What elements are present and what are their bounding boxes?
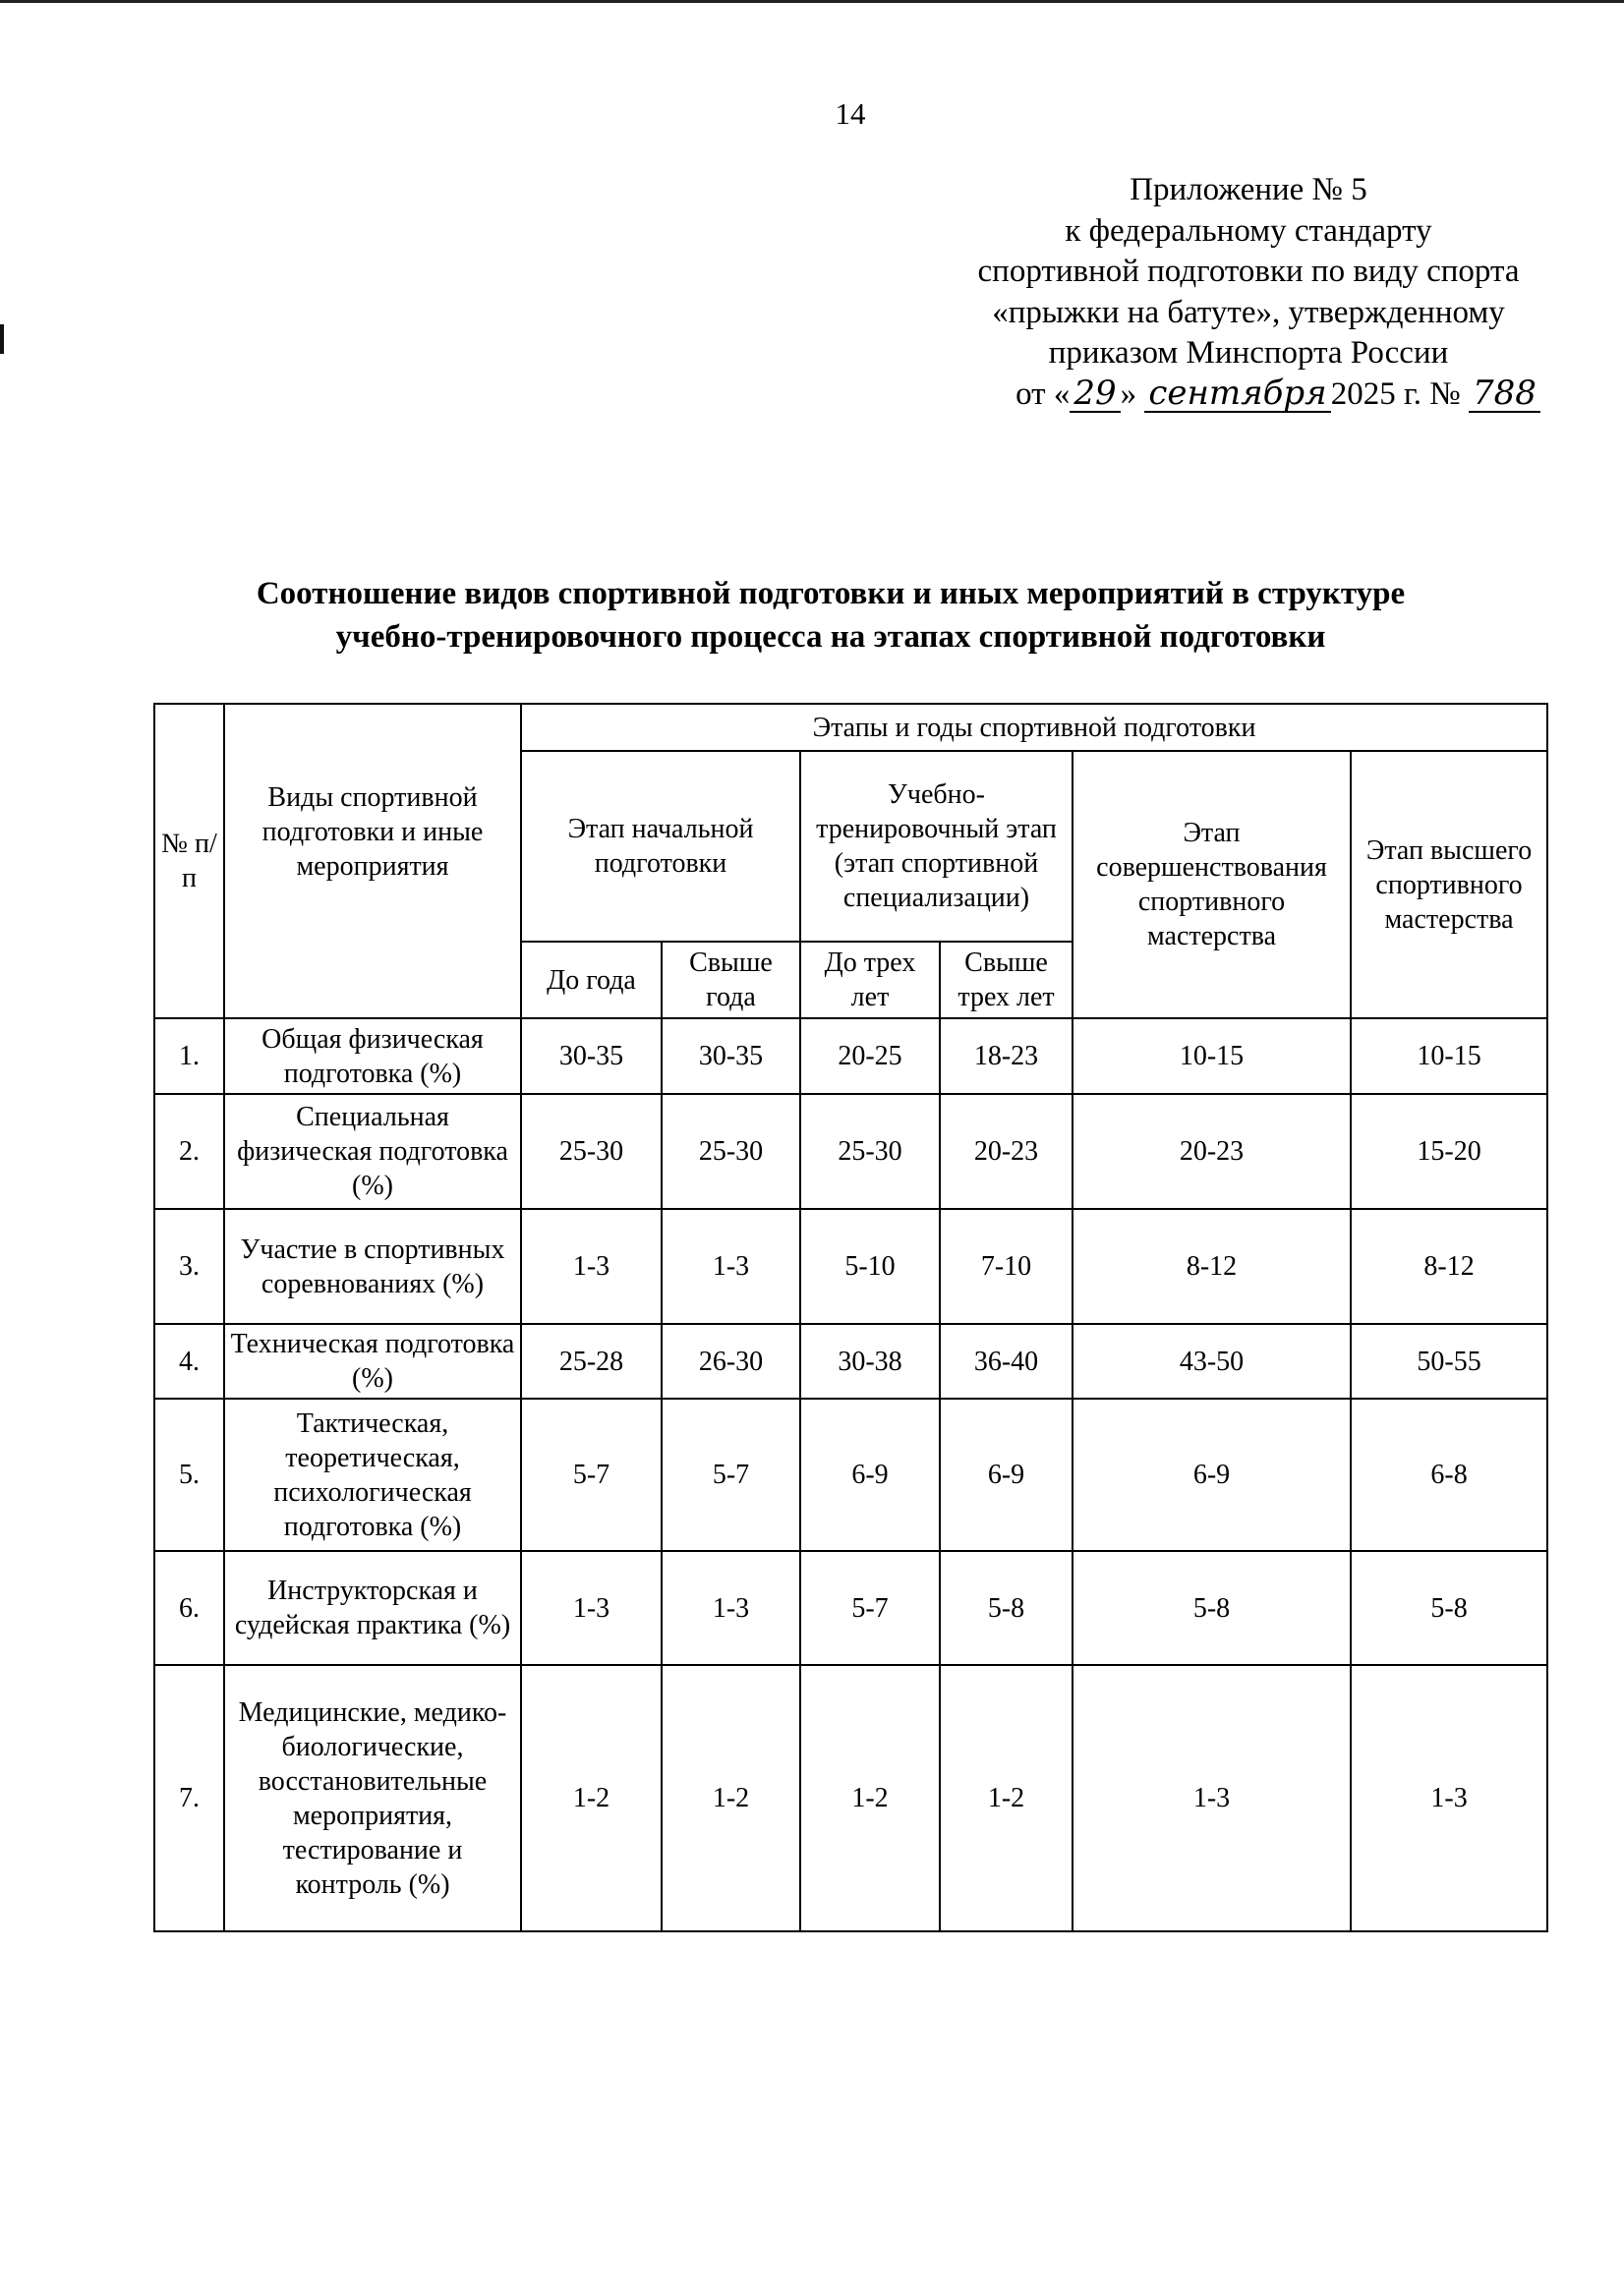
row-value: 30-38 <box>800 1324 940 1399</box>
row-value: 43-50 <box>1073 1324 1351 1399</box>
row-value: 1-2 <box>662 1665 800 1931</box>
row-kind-name: Участие в спортивных соревнованиях (%) <box>224 1209 521 1324</box>
row-kind-name: Специальная физическая подготовка (%) <box>224 1094 521 1209</box>
date-close: » <box>1121 376 1137 412</box>
row-number: 7. <box>154 1665 224 1931</box>
scan-edge <box>0 0 1624 3</box>
handwritten-month: сентября <box>1144 375 1330 413</box>
appendix-line: Приложение № 5 <box>885 170 1612 211</box>
row-value: 5-10 <box>800 1209 940 1324</box>
row-value: 5-8 <box>1073 1551 1351 1665</box>
row-value: 5-8 <box>940 1551 1073 1665</box>
row-value: 15-20 <box>1351 1094 1547 1209</box>
header-num: № п/п <box>154 704 224 1018</box>
row-value: 1-3 <box>1073 1665 1351 1931</box>
row-kind-name: Техническая подготовка (%) <box>224 1324 521 1399</box>
appendix-line: спортивной подготовки по виду спорта <box>885 252 1612 293</box>
row-value: 36-40 <box>940 1324 1073 1399</box>
row-value: 8-12 <box>1073 1209 1351 1324</box>
row-number: 4. <box>154 1324 224 1399</box>
row-value: 6-9 <box>940 1399 1073 1551</box>
header-stage-initial: Этап начальной подготовки <box>521 751 800 942</box>
row-number: 3. <box>154 1209 224 1324</box>
row-value: 1-2 <box>800 1665 940 1931</box>
header-stage-improvement: Этап совершенствования спортивного масте… <box>1073 751 1351 1018</box>
header-stage-higher: Этап высшего спортивного мастерства <box>1351 751 1547 1018</box>
handwritten-order-number: 788 <box>1469 375 1540 413</box>
row-value: 5-7 <box>662 1399 800 1551</box>
row-value: 18-23 <box>940 1018 1073 1094</box>
row-value: 10-15 <box>1351 1018 1547 1094</box>
row-value: 26-30 <box>662 1324 800 1399</box>
table-row: 7.Медицинские, медико-биологические, вос… <box>154 1665 1547 1931</box>
row-kind-name: Общая физическая подготовка (%) <box>224 1018 521 1094</box>
row-value: 8-12 <box>1351 1209 1547 1324</box>
row-value: 7-10 <box>940 1209 1073 1324</box>
row-value: 6-9 <box>1073 1399 1351 1551</box>
table-row: 6.Инструкторская и судейская практика (%… <box>154 1551 1547 1665</box>
row-value: 25-30 <box>662 1094 800 1209</box>
row-number: 2. <box>154 1094 224 1209</box>
row-value: 25-28 <box>521 1324 662 1399</box>
row-value: 20-25 <box>800 1018 940 1094</box>
title-line: Соотношение видов спортивной подготовки … <box>118 572 1543 615</box>
row-kind-name: Медицинские, медико-биологические, восст… <box>224 1665 521 1931</box>
appendix-line: «прыжки на батуте», утвержденному <box>885 293 1612 334</box>
table-row: 5.Тактическая, теоретическая, психологич… <box>154 1399 1547 1551</box>
header-up-to-year: До года <box>521 942 662 1018</box>
row-number: 1. <box>154 1018 224 1094</box>
year-text: 2025 г. № <box>1331 376 1461 412</box>
appendix-line: приказом Минспорта России <box>885 333 1612 374</box>
table-row: 4.Техническая подготовка (%)25-2826-3030… <box>154 1324 1547 1399</box>
row-value: 6-9 <box>800 1399 940 1551</box>
row-number: 5. <box>154 1399 224 1551</box>
row-value: 1-3 <box>521 1209 662 1324</box>
document-title: Соотношение видов спортивной подготовки … <box>118 572 1543 659</box>
row-value: 25-30 <box>800 1094 940 1209</box>
header-kinds: Виды спортивной подготовки и иные меропр… <box>224 704 521 1018</box>
row-value: 1-3 <box>1351 1665 1547 1931</box>
row-value: 10-15 <box>1073 1018 1351 1094</box>
row-value: 1-3 <box>662 1209 800 1324</box>
table-row: 1.Общая физическая подготовка (%)30-3530… <box>154 1018 1547 1094</box>
row-value: 5-7 <box>521 1399 662 1551</box>
header-over-year: Свыше года <box>662 942 800 1018</box>
row-value: 50-55 <box>1351 1324 1547 1399</box>
header-stage-training: Учебно-тренировочный этап (этап спортивн… <box>800 751 1073 942</box>
scan-mark <box>0 324 4 354</box>
appendix-date-line: от «29» сентября2025 г. № 788 <box>885 374 1612 416</box>
page-number: 14 <box>0 96 1624 132</box>
row-value: 1-2 <box>940 1665 1073 1931</box>
handwritten-day: 29 <box>1070 375 1120 413</box>
date-prefix: от « <box>1015 376 1070 412</box>
row-value: 1-3 <box>521 1551 662 1665</box>
training-ratio-table: № п/п Виды спортивной подготовки и иные … <box>153 703 1548 1932</box>
row-value: 5-7 <box>800 1551 940 1665</box>
header-over-three: Свыше трех лет <box>940 942 1073 1018</box>
row-value: 20-23 <box>940 1094 1073 1209</box>
row-value: 25-30 <box>521 1094 662 1209</box>
row-value: 1-2 <box>521 1665 662 1931</box>
table-row: 2.Специальная физическая подготовка (%)2… <box>154 1094 1547 1209</box>
row-value: 30-35 <box>662 1018 800 1094</box>
header-up-to-three: До трех лет <box>800 942 940 1018</box>
header-stages-group: Этапы и годы спортивной подготовки <box>521 704 1547 751</box>
row-value: 1-3 <box>662 1551 800 1665</box>
row-value: 5-8 <box>1351 1551 1547 1665</box>
appendix-block: Приложение № 5 к федеральному стандарту … <box>885 170 1612 415</box>
row-kind-name: Тактическая, теоретическая, психологичес… <box>224 1399 521 1551</box>
row-value: 20-23 <box>1073 1094 1351 1209</box>
row-value: 6-8 <box>1351 1399 1547 1551</box>
row-value: 30-35 <box>521 1018 662 1094</box>
title-line: учебно-тренировочного процесса на этапах… <box>118 615 1543 659</box>
table-row: 3.Участие в спортивных соревнованиях (%)… <box>154 1209 1547 1324</box>
row-kind-name: Инструкторская и судейская практика (%) <box>224 1551 521 1665</box>
appendix-line: к федеральному стандарту <box>885 211 1612 253</box>
row-number: 6. <box>154 1551 224 1665</box>
table-body: 1.Общая физическая подготовка (%)30-3530… <box>154 1018 1547 1931</box>
